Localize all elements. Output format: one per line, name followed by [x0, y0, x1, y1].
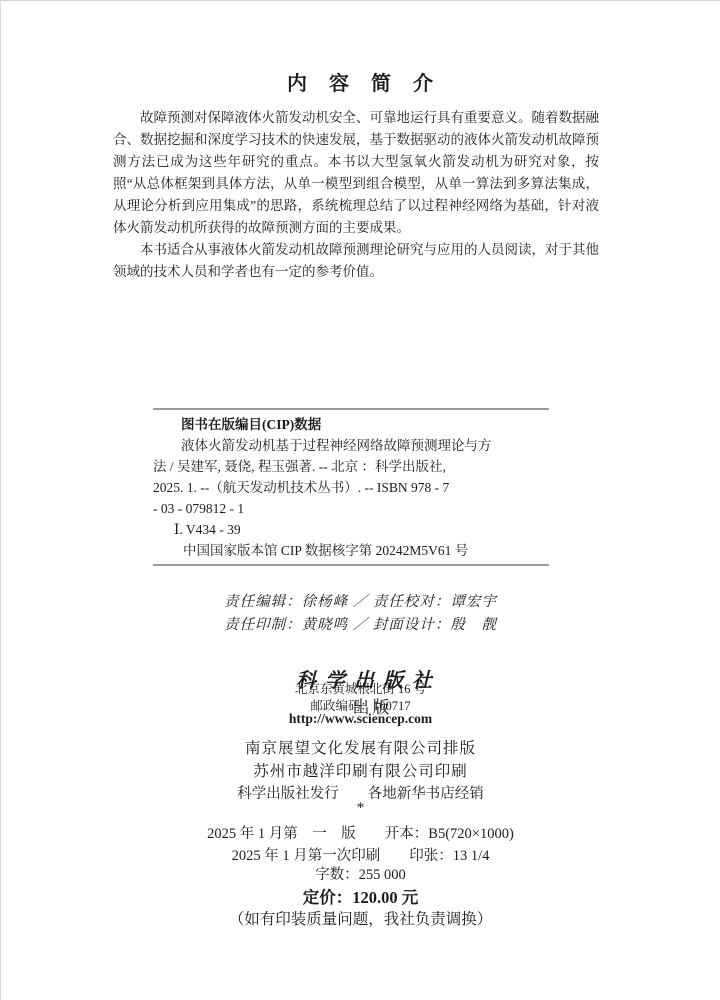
cip-authors-line: 法 / 吴建军, 聂侥, 程玉强著. -- 北京 ：科学出版社,: [153, 456, 549, 477]
cip-classification-line: Ⅰ. V434 - 39: [153, 519, 549, 540]
summary-paragraph-1: 故障预测对保障液体火箭发动机安全、可靠地运行具有重要意义。随着数据融合、数据挖掘…: [113, 107, 599, 239]
printer-designer-credit: 责任印制：黄晓鸣 ／ 封面设计：殷 靓: [1, 614, 720, 637]
summary-paragraph-2: 本书适合从事液体火箭发动机故障预测理论研究与应用的人员阅读，对于其他领域的技术人…: [113, 239, 599, 283]
cip-isbn-continuation-line: - 03 - 079812 - 1: [153, 498, 549, 519]
price-line: 定价：120.00 元: [1, 884, 720, 908]
staff-credits: 责任编辑：徐杨峰 ／ 责任校对：谭宏宇 责任印制：黄晓鸣 ／ 封面设计：殷 靓: [1, 591, 720, 637]
publisher-address: 北京东黄城根北街 16 号: [1, 679, 720, 697]
cip-data-block: 图书在版编目(CIP)数据 液体火箭发动机基于过程神经网络故障预测理论与方 法 …: [153, 408, 549, 566]
typesetting-company: 南京展望文化发展有限公司排版: [1, 736, 720, 758]
first-printing-line: 2025 年 1 月第一次印刷 印张：13 1/4: [1, 844, 720, 865]
cip-title-line: 液体火箭发动机基于过程神经网络故障预测理论与方: [153, 435, 549, 456]
divider-asterisk: *: [1, 800, 720, 817]
first-edition-line: 2025 年 1 月第 一 版 开本：B5(720×1000): [1, 822, 720, 843]
cip-heading: 图书在版编目(CIP)数据: [153, 414, 549, 435]
content-summary-text: 故障预测对保障液体火箭发动机安全、可靠地运行具有重要意义。随着数据融合、数据挖掘…: [113, 107, 599, 283]
book-copyright-page: 内 容 简 介 故障预测对保障液体火箭发动机安全、可靠地运行具有重要意义。随着数…: [0, 0, 720, 1000]
editor-proofreader-credit: 责任编辑：徐杨峰 ／ 责任校对：谭宏宇: [1, 591, 720, 614]
word-count-line: 字数：255 000: [1, 863, 720, 884]
content-summary-title: 内 容 简 介: [1, 67, 720, 96]
quality-notice: （如有印装质量问题，我社负责调换）: [1, 907, 720, 929]
cip-registration-line: 中国国家版本馆 CIP 数据核字第 20242M5V61 号: [153, 540, 549, 561]
cip-series-isbn-line: 2025. 1. --（航天发动机技术丛书）. -- ISBN 978 - 7: [153, 477, 549, 498]
publisher-url: http://www.sciencep.com: [1, 711, 720, 727]
printing-company: 苏州市越洋印刷有限公司印刷: [1, 759, 720, 781]
